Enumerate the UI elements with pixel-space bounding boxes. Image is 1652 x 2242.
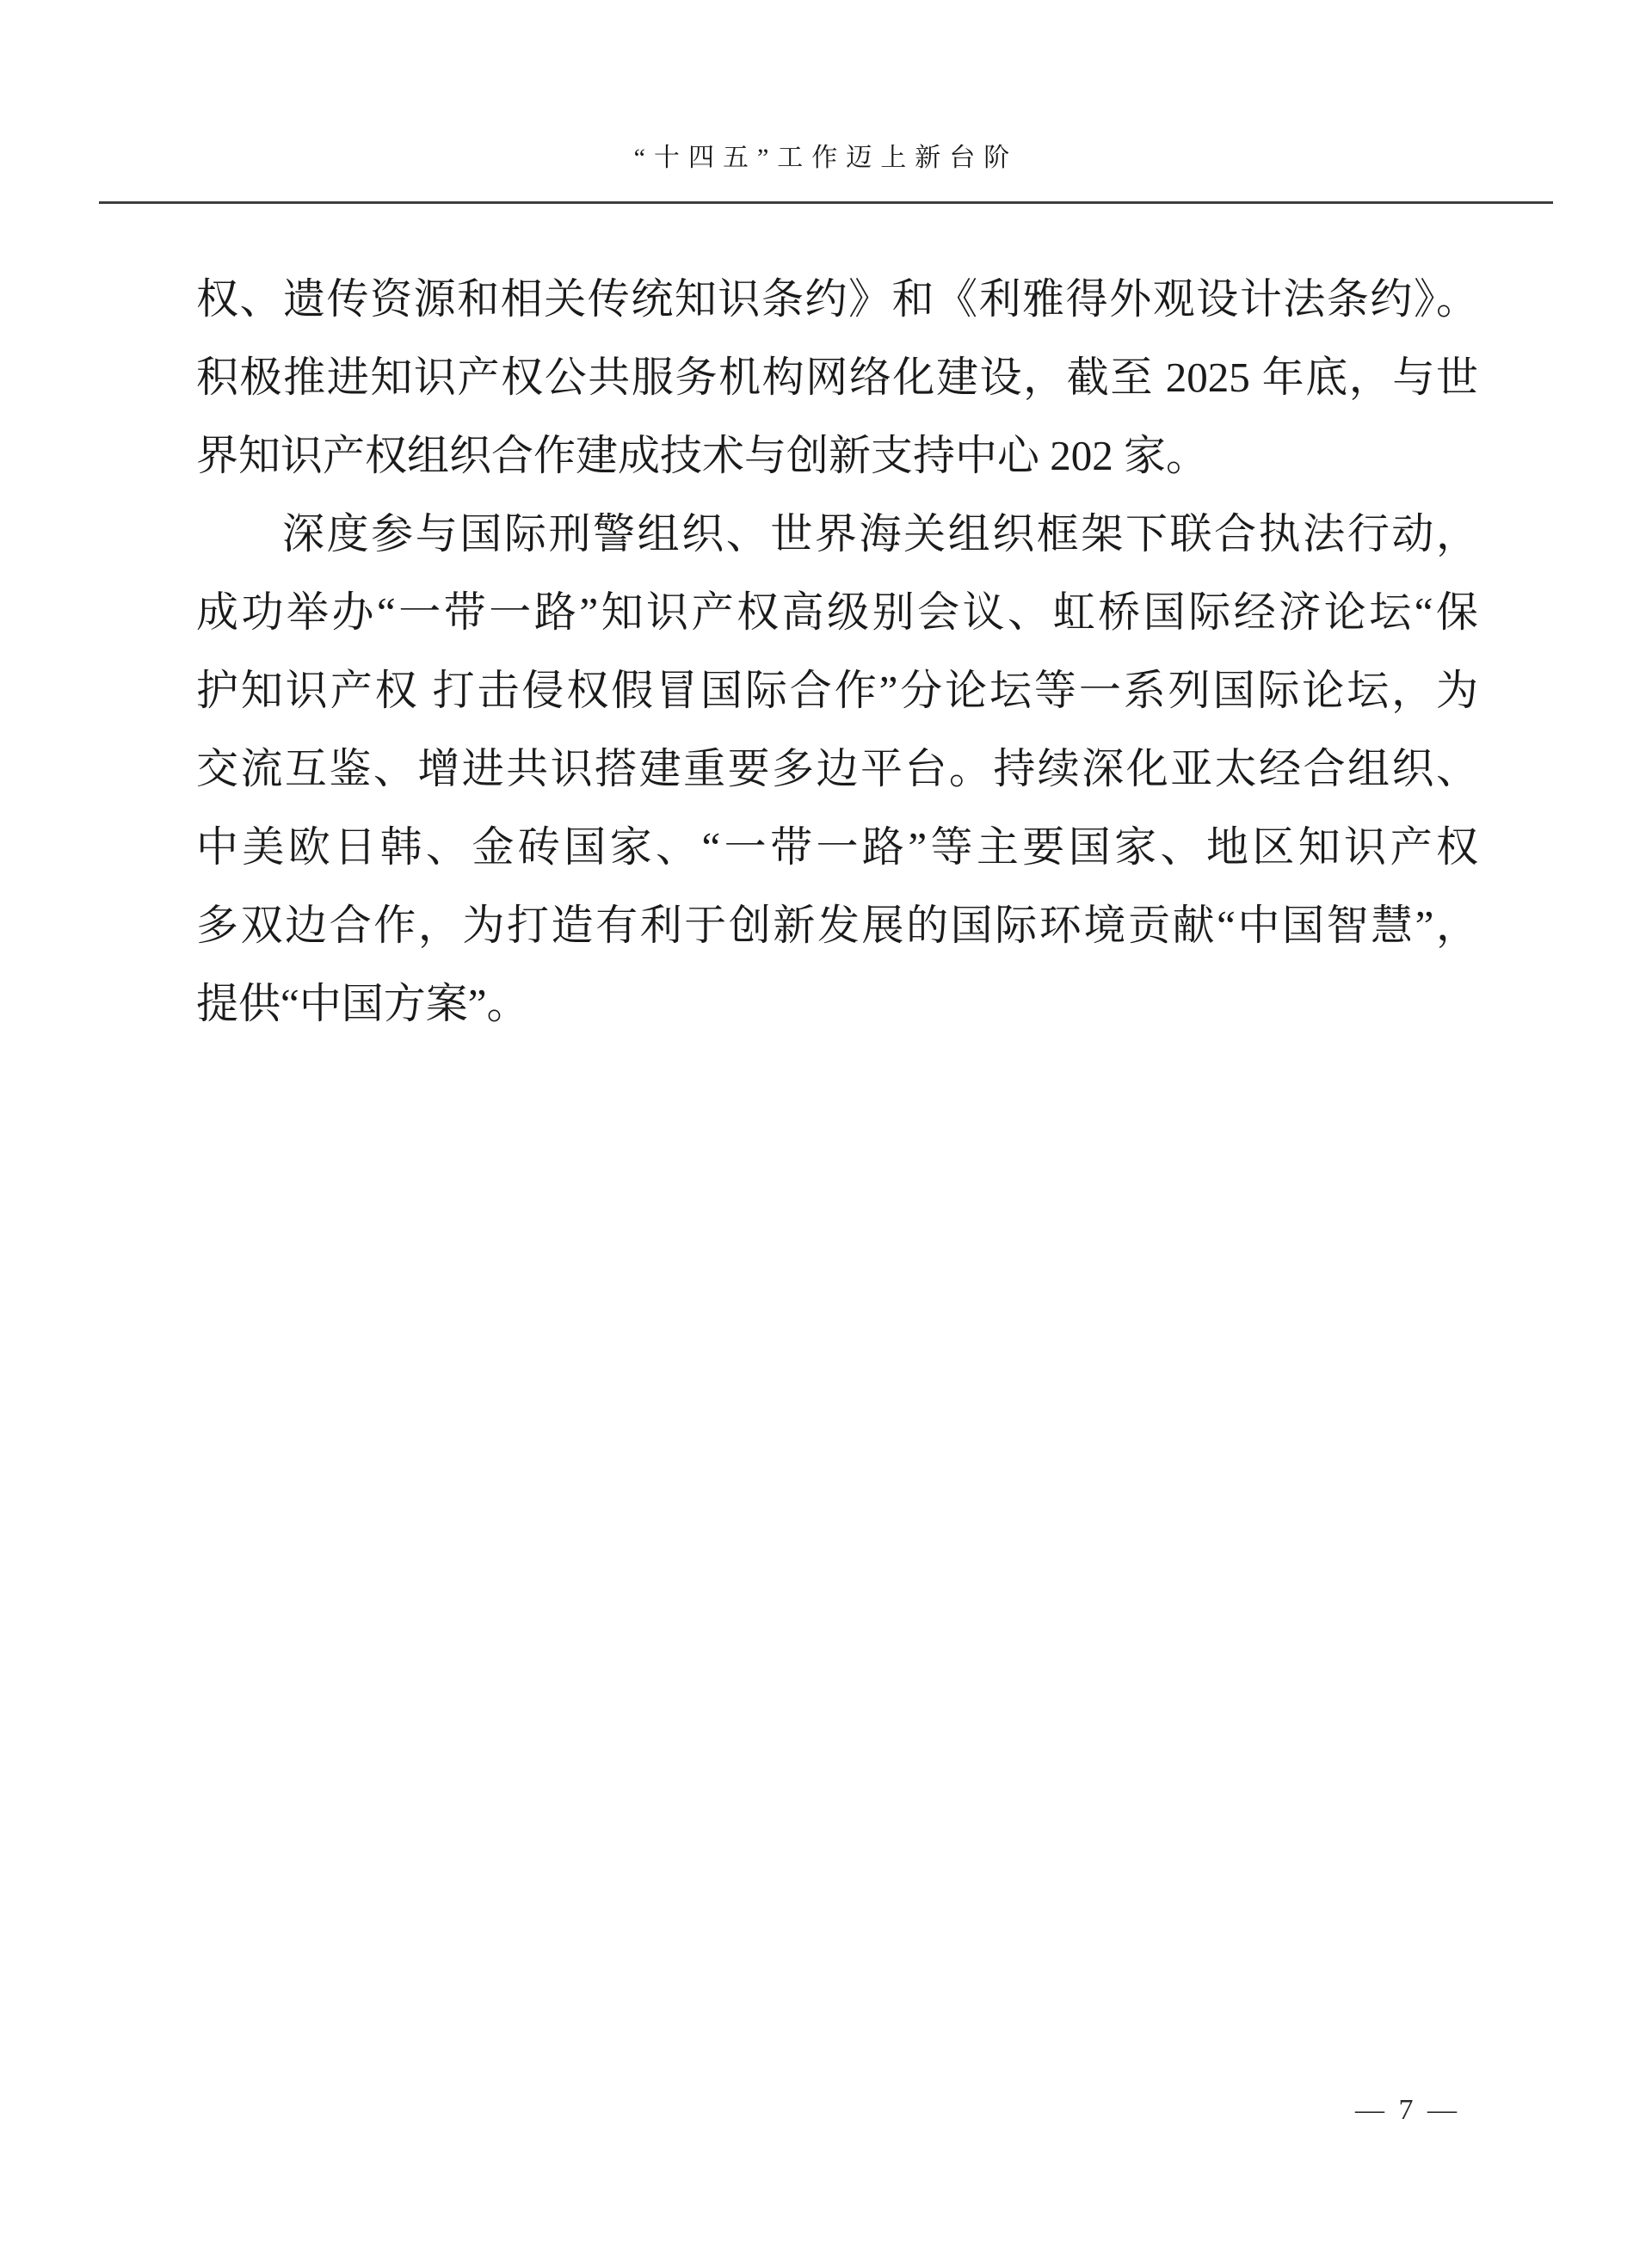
- body-text-line: 积极推进知识产权公共服务机构网络化建设，截至 2025 年底，与世: [196, 338, 1478, 416]
- page-number: — 7 —: [1355, 2094, 1460, 2126]
- body-text-line: 交流互鉴、增进共识搭建重要多边平台。持续深化亚太经合组织、: [196, 730, 1478, 808]
- body-text-line: 成功举办“一带一路”知识产权高级别会议、虹桥国际经济论坛“保: [196, 573, 1478, 651]
- body-text-line: 中美欧日韩、金砖国家、“一带一路”等主要国家、地区知识产权: [196, 808, 1478, 886]
- body-text-line: 提供“中国方案”。: [196, 964, 1478, 1043]
- running-header-title: “十四五”工作迈上新台阶: [0, 136, 1652, 174]
- document-page: “十四五”工作迈上新台阶 权、遗传资源和相关传统知识条约》和《利雅得外观设计法条…: [0, 0, 1652, 2242]
- body-text-line: 权、遗传资源和相关传统知识条约》和《利雅得外观设计法条约》。: [196, 260, 1478, 338]
- header-rule: [99, 201, 1553, 204]
- body-text-line: 界知识产权组织合作建成技术与创新支持中心 202 家。: [196, 416, 1478, 495]
- document-body: 权、遗传资源和相关传统知识条约》和《利雅得外观设计法条约》。 积极推进知识产权公…: [196, 260, 1478, 1043]
- body-text-line: 多双边合作，为打造有利于创新发展的国际环境贡献“中国智慧”，: [196, 886, 1478, 964]
- body-text-line: 护知识产权 打击侵权假冒国际合作”分论坛等一系列国际论坛，为: [196, 651, 1478, 730]
- body-text-line: 深度参与国际刑警组织、世界海关组织框架下联合执法行动，: [196, 495, 1478, 573]
- page-footer: — 7 —: [1355, 2094, 1460, 2127]
